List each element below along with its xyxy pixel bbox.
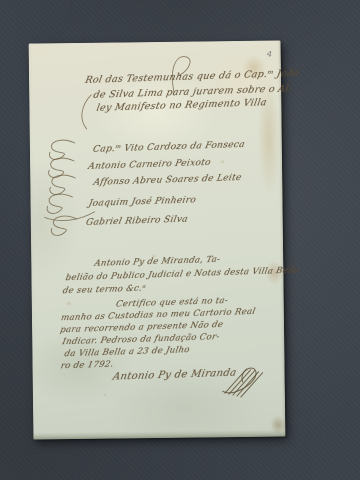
margin-flourish-icon	[45, 174, 81, 200]
foxing-spot	[103, 393, 107, 397]
witness-name: Antonio Carneiro Peixoto	[87, 158, 212, 172]
notary-line: Antonio Py de Miranda, Ta-	[93, 255, 221, 269]
manuscript-photo: 4 Rol das Testemunhas que dá o Cap.ᵐ Joã…	[0, 0, 360, 480]
corner-mark: 4	[266, 49, 273, 59]
witness-name: Cap.ᵐ Vito Cardozo da Fonseca	[92, 140, 246, 155]
witness-name: Affonso Abreu Soares de Leite	[92, 173, 242, 188]
margin-flourish-icon	[47, 215, 83, 241]
paper-bottom-edge	[33, 429, 285, 439]
witness-name: Joaquim José Pinheiro	[88, 195, 197, 209]
signature-paraph-icon	[218, 361, 266, 402]
margin-flourish-icon	[45, 139, 81, 165]
certificate-line: manho as Custodias no meu Cartorio Real	[60, 307, 256, 323]
notary-line: de seu termo &c.ᵃ	[62, 283, 147, 296]
manuscript-page: 4 Rol das Testemunhas que dá o Cap.ᵐ Joã…	[29, 40, 286, 439]
foxing-spot	[66, 301, 72, 306]
witness-name: Gabriel Ribeiro Silva	[85, 214, 189, 227]
signature-name: Antonio Py de Miranda	[112, 367, 238, 382]
margin-flourish-icon	[44, 157, 80, 183]
foxing-spot	[220, 159, 225, 164]
certificate-line: ro de 1792.	[60, 359, 115, 371]
certificate-line: da Villa Bella a 23 de Julho	[63, 345, 190, 359]
